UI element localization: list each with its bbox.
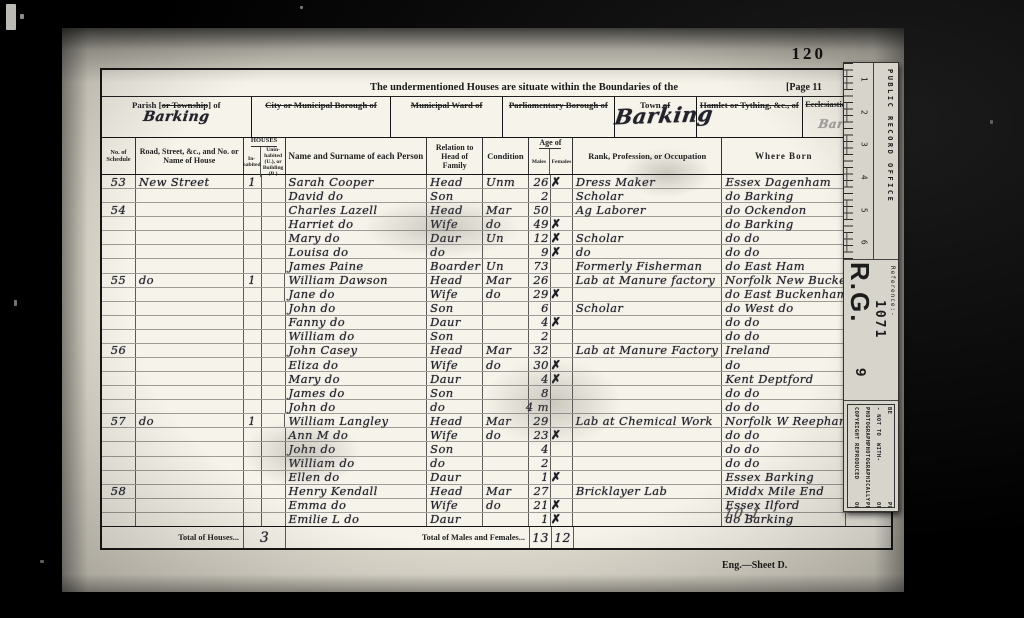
table-row: Eliza doWifedo30✗do (102, 358, 891, 372)
cell-age_f (551, 344, 573, 357)
cell-relation: Son (427, 189, 483, 202)
cell-age_f: ✗ (551, 288, 573, 301)
cell-uninhabited (262, 485, 286, 498)
totals-empty-cell (574, 527, 891, 548)
cell-schedule (102, 372, 136, 385)
ruler-number: 3 (847, 135, 880, 155)
cell-uninhabited (262, 400, 286, 413)
cell-age_m: 2 (529, 457, 551, 470)
ruler-numbers: 123456 (853, 63, 874, 259)
cell-relation: Head (427, 274, 483, 287)
cell-age_f (551, 259, 573, 272)
cell-inhabited (244, 442, 262, 455)
cell-age_f (551, 400, 573, 413)
cell-age_f (551, 274, 573, 287)
cell-born: do (722, 358, 846, 371)
cell-schedule (102, 428, 136, 441)
cell-inhabited (244, 499, 262, 512)
cell-age_m: 30 (529, 358, 551, 371)
cell-inhabited (244, 217, 262, 230)
col-header-houses: HOUSES (251, 136, 277, 147)
cell-inhabited: 1 (244, 175, 262, 188)
col-header-relation: Relation to Head of Family (427, 138, 483, 174)
cell-road (136, 386, 244, 399)
cell-inhabited (244, 400, 262, 413)
total-houses-label: Total of Houses... (102, 527, 244, 548)
table-row: Louisa dodo9✗dodo do (102, 245, 891, 259)
table-row: 57do1William LangleyHeadMar29Lab at Chem… (102, 414, 891, 428)
cell-age_f: ✗ (551, 316, 573, 329)
cell-uninhabited (262, 386, 286, 399)
totals-row: Total of Houses... 3 Total of Males and … (102, 526, 891, 548)
cell-inhabited (244, 245, 262, 258)
cell-name: Mary do (286, 372, 428, 385)
table-row: William doSon2do do (102, 330, 891, 344)
cell-condition: Mar (483, 485, 529, 498)
cell-uninhabited (262, 471, 286, 484)
cell-road (136, 372, 244, 385)
cell-schedule (102, 259, 136, 272)
cell-condition (483, 386, 529, 399)
col-header-schedule: No. of Schedule (102, 138, 136, 174)
cell-name: William Dawson (285, 274, 427, 287)
cell-age_m: 26 (529, 175, 551, 188)
table-row: John doSon4do do (102, 442, 891, 456)
cell-inhabited (244, 485, 262, 498)
cell-road: do (136, 414, 244, 427)
cell-age_f: ✗ (551, 245, 573, 258)
cell-name: James Paine (286, 259, 428, 272)
header-field-label: Municipal Ward of (411, 100, 483, 110)
cell-age_m: 4 (529, 372, 551, 385)
cell-age_f: ✗ (551, 217, 573, 230)
cell-born: do East Ham (722, 259, 846, 272)
cell-relation: Son (427, 442, 483, 455)
col-header-females: Females (550, 149, 572, 174)
cell-born: Essex Barking (722, 471, 846, 484)
cell-occupation: Scholar (573, 302, 723, 315)
cell-uninhabited (262, 231, 286, 244)
cell-schedule (102, 499, 136, 512)
cell-occupation (573, 513, 723, 526)
reference-label: Reference:- (889, 266, 896, 317)
cell-uninhabited (262, 442, 286, 455)
cell-road (136, 400, 244, 413)
table-row: Jane doWifedo29✗do East Buckenham (102, 288, 891, 302)
col-header-occupation: Rank, Profession, or Occupation (573, 138, 723, 174)
cell-occupation: Ag Laborer (573, 203, 723, 216)
cell-uninhabited (262, 217, 286, 230)
col-header-road: Road, Street, &c., and No. or Name of Ho… (136, 138, 244, 174)
cell-condition: Mar (483, 344, 529, 357)
cell-road (136, 217, 244, 230)
table-row: John doSon6Scholardo West do (102, 302, 891, 316)
cell-uninhabited (262, 302, 286, 315)
cell-name: Louisa do (286, 245, 428, 258)
cell-born: Norfolk W Reepham (722, 414, 846, 427)
cell-schedule: 58 (102, 485, 136, 498)
cell-occupation: Formerly Fisherman (573, 259, 723, 272)
table-row: Emilie L doDaur1✗do Barking (102, 513, 891, 526)
cell-name: James do (286, 386, 428, 399)
header-field-value: Barking (613, 102, 698, 130)
cell-age_m: 23 (529, 428, 551, 441)
cell-age_m: 6 (529, 302, 551, 315)
cell-schedule (102, 358, 136, 371)
cell-road (136, 471, 244, 484)
header-field: Municipal Ward of (391, 97, 503, 137)
cell-occupation: Dress Maker (573, 175, 723, 188)
cell-occupation: Lab at Manure Factory (573, 344, 723, 357)
cell-uninhabited (262, 189, 286, 202)
census-page-photo: 120 The undermentioned Houses are situat… (62, 28, 904, 592)
cell-occupation (573, 442, 723, 455)
cell-born: do do (722, 428, 846, 441)
cell-relation: Head (427, 203, 483, 216)
cell-age_m: 73 (529, 259, 551, 272)
cell-name: John do (286, 442, 428, 455)
cell-inhabited (244, 203, 262, 216)
cell-condition: Mar (483, 414, 529, 427)
cell-relation: do (427, 400, 483, 413)
cell-road (136, 316, 244, 329)
cell-uninhabited (262, 288, 286, 301)
cell-schedule (102, 302, 136, 315)
cell-age_m: 50 (529, 203, 551, 216)
cell-uninhabited (262, 457, 286, 470)
cell-occupation: Scholar (573, 189, 723, 202)
cell-road (136, 513, 244, 526)
cell-inhabited (244, 288, 262, 301)
header-fields: Parish [or Township] ofBarkingCity or Mu… (102, 97, 891, 138)
cell-name: John Casey (286, 344, 428, 357)
table-row: 53New Street1Sarah CooperHeadUnm26✗Dress… (102, 175, 891, 189)
table-row: Harriet doWifedo49✗do Barking (102, 217, 891, 231)
cell-age_m: 29 (529, 414, 551, 427)
pro-reference-area: Reference:- R.G. 9 1071 (844, 260, 898, 401)
cell-born: Kent Deptford (722, 372, 846, 385)
col-header-born: Where Born (722, 138, 846, 174)
film-speck (20, 14, 24, 19)
cell-relation: Boarder (427, 259, 483, 272)
cell-schedule (102, 513, 136, 526)
cell-occupation (573, 386, 723, 399)
cell-relation: Head (427, 414, 483, 427)
cell-condition: Mar (483, 274, 529, 287)
cell-name: William Langley (285, 414, 427, 427)
cell-relation: Head (427, 175, 483, 188)
cell-age_f: ✗ (551, 372, 573, 385)
col-header-age-group: Age of Males Females (529, 138, 573, 174)
cell-age_m: 27 (529, 485, 551, 498)
cell-condition (483, 513, 529, 526)
cell-road (136, 288, 244, 301)
cell-schedule (102, 316, 136, 329)
film-background: 120 The undermentioned Houses are situat… (0, 0, 1024, 618)
table-row: Ann M doWifedo23✗do do (102, 428, 891, 442)
cell-age_m: 49 (529, 217, 551, 230)
cell-road (136, 485, 244, 498)
cell-occupation (573, 358, 723, 371)
cell-schedule: 54 (102, 203, 136, 216)
header-field-label: City or Municipal Borough of (265, 100, 377, 110)
cell-age_f: ✗ (551, 471, 573, 484)
col-header-inhabited: In-habited (243, 147, 261, 177)
table-row: William dodo2do do (102, 457, 891, 471)
cell-age_f: ✗ (551, 175, 573, 188)
folio-number-stamp: 120 (792, 44, 827, 64)
cell-relation: Head (427, 344, 483, 357)
cell-road (136, 428, 244, 441)
cell-age_f (551, 442, 573, 455)
cell-occupation (573, 330, 723, 343)
cell-age_m: 4 m (529, 400, 551, 413)
cell-name: John do (286, 302, 428, 315)
cell-age_f: ✗ (551, 499, 573, 512)
cell-infirm (846, 513, 891, 526)
cell-schedule (102, 288, 136, 301)
cell-age_f (551, 485, 573, 498)
ruler-ticks (844, 63, 853, 259)
cell-born: do do (722, 245, 846, 258)
cell-born: Norfolk New Buckenham (722, 274, 846, 287)
cell-age_m: 32 (529, 344, 551, 357)
cell-condition: Un (483, 259, 529, 272)
cell-schedule: 56 (102, 344, 136, 357)
cell-relation: Wife (427, 428, 483, 441)
cell-schedule: 55 (102, 274, 136, 287)
cell-schedule (102, 442, 136, 455)
cell-relation: do (427, 245, 483, 258)
copyright-line: OUT PERMISSION OF THE PUBLIC (850, 502, 892, 508)
total-males-value: 13 (530, 527, 552, 548)
cell-schedule (102, 245, 136, 258)
cell-occupation (573, 288, 723, 301)
cell-inhabited: 1 (244, 414, 262, 427)
cell-condition: Un (483, 231, 529, 244)
col-header-males: Males (528, 149, 550, 174)
cell-schedule (102, 471, 136, 484)
cell-inhabited (244, 513, 262, 526)
header-field: Town ofBarking (615, 97, 697, 137)
cell-uninhabited (262, 372, 286, 385)
cell-schedule (102, 217, 136, 230)
piece-number: 1071 (872, 300, 887, 339)
cell-name: Harriet do (286, 217, 428, 230)
cell-inhabited (244, 386, 262, 399)
cell-inhabited (244, 457, 262, 470)
ruler-number: 6 (847, 233, 880, 253)
table-row: Mary doDaur4✗Kent Deptford (102, 372, 891, 386)
cell-road (136, 358, 244, 371)
cell-age_m: 2 (529, 189, 551, 202)
cell-name: Emilie L do (286, 513, 428, 526)
cell-name: Mary do (286, 231, 428, 244)
cell-name: David do (286, 189, 428, 202)
table-row: James doSon8do do (102, 386, 891, 400)
cell-relation: Head (427, 485, 483, 498)
cell-age_m: 29 (529, 288, 551, 301)
cell-occupation (573, 400, 723, 413)
cell-age_m: 8 (529, 386, 551, 399)
film-speck (40, 560, 44, 563)
cell-inhabited (244, 428, 262, 441)
cell-relation: Daur (427, 372, 483, 385)
cell-age_f (551, 203, 573, 216)
cell-name: Emma do (286, 499, 428, 512)
header-field-value: Barking (101, 109, 252, 125)
cell-uninhabited (262, 428, 286, 441)
cell-relation: Son (427, 302, 483, 315)
cell-name: Eliza do (286, 358, 428, 371)
cell-road (136, 259, 244, 272)
cell-schedule (102, 400, 136, 413)
cell-uninhabited (262, 358, 286, 371)
cell-born: do do (722, 316, 846, 329)
cell-relation: Son (427, 386, 483, 399)
cell-name: William do (286, 457, 428, 470)
cell-occupation (573, 316, 723, 329)
cell-age_f (551, 457, 573, 470)
table-row: 54Charles LazellHeadMar50Ag Laborerdo Oc… (102, 203, 891, 217)
cell-condition: Unm (483, 175, 529, 188)
cell-age_f (551, 330, 573, 343)
cell-age_m: 9 (529, 245, 551, 258)
cell-road: do (136, 274, 244, 287)
cell-name: Ellen do (286, 471, 428, 484)
cell-name: Jane do (285, 288, 427, 301)
cell-road (136, 189, 244, 202)
cell-condition: do (483, 217, 529, 230)
cell-born: do do (722, 231, 846, 244)
cell-born: do East Buckenham (722, 288, 846, 301)
copyright-notice: COPYRIGHT PHOTOGRAPH - NOT TO BEREPRODUC… (847, 404, 895, 508)
cell-inhabited (244, 259, 262, 272)
cell-born: do Barking (722, 189, 846, 202)
cell-road (136, 245, 244, 258)
series-code: R.G. (844, 262, 875, 323)
total-males-females-label: Total of Males and Females... (286, 527, 530, 548)
cell-condition (483, 302, 529, 315)
census-form: The undermentioned Houses are situate wi… (100, 68, 893, 550)
col-header-age: Age of (539, 138, 561, 149)
ruler-number: 5 (847, 200, 880, 220)
cell-born: do do (722, 442, 846, 455)
cell-age_m: 21 (529, 499, 551, 512)
cell-condition (483, 442, 529, 455)
cell-condition: do (483, 499, 529, 512)
cell-occupation (573, 471, 723, 484)
series-number: 9 (852, 368, 869, 376)
cell-road (136, 203, 244, 216)
cell-age_m: 1 (529, 471, 551, 484)
cell-condition (483, 316, 529, 329)
cell-born: Ireland (722, 344, 846, 357)
cell-age_f (551, 189, 573, 202)
cell-age_f (551, 386, 573, 399)
cell-occupation (573, 372, 723, 385)
total-houses-value: 3 (244, 527, 286, 548)
cell-relation: Wife (427, 499, 483, 512)
cell-condition (483, 372, 529, 385)
cell-schedule: 57 (102, 414, 136, 427)
cell-uninhabited (262, 175, 286, 188)
col-header-condition: Condition (483, 138, 529, 174)
film-speck (6, 4, 16, 30)
table-row: 56John CaseyHeadMar32Lab at Manure Facto… (102, 344, 891, 358)
cell-occupation: do (573, 245, 723, 258)
cell-condition (483, 330, 529, 343)
cell-uninhabited (262, 330, 286, 343)
header-field-label: Parliamentary Borough of (509, 100, 608, 110)
cell-road (136, 302, 244, 315)
cell-road (136, 457, 244, 470)
header-field: Parish [or Township] ofBarking (102, 97, 252, 137)
table-row: Emma doWifedo21✗Essex Ilford (102, 499, 891, 513)
cell-inhabited (244, 302, 262, 315)
copyright-line: REPRODUCED PHOTOGRAPHICALLY WITH- (850, 443, 892, 501)
cell-relation: do (427, 457, 483, 470)
sheet-label: Eng.—Sheet D. (722, 560, 787, 571)
total-females-value: 12 (552, 527, 574, 548)
cell-schedule (102, 231, 136, 244)
ruler-number: 4 (847, 167, 880, 187)
cell-occupation (573, 428, 723, 441)
cell-inhabited (244, 189, 262, 202)
cell-occupation: Lab at Manure factory (573, 274, 723, 287)
cell-age_m: 12 (529, 231, 551, 244)
cell-relation: Wife (427, 358, 483, 371)
cell-age_m: 26 (529, 274, 551, 287)
cell-road (136, 442, 244, 455)
cell-uninhabited (262, 245, 286, 258)
cell-name: John do (286, 400, 428, 413)
cell-schedule (102, 386, 136, 399)
cell-name: Fanny do (286, 316, 428, 329)
cell-condition (483, 400, 529, 413)
table-rows: 53New Street1Sarah CooperHeadUnm26✗Dress… (102, 175, 891, 526)
table-row: Fanny doDaur4✗do do (102, 316, 891, 330)
cell-condition (483, 189, 529, 202)
col-header-houses-group: HOUSES In-habited Unin-habited (U.), or … (244, 138, 286, 174)
cell-occupation (573, 457, 723, 470)
copyright-line: COPYRIGHT PHOTOGRAPH - NOT TO BE (850, 407, 892, 443)
cell-condition (483, 457, 529, 470)
pro-ruler: 123456 PUBLIC RECORD OFFICE (844, 63, 898, 260)
cell-occupation: Scholar (573, 231, 723, 244)
cell-name: William do (286, 330, 428, 343)
table-row: David doSon2Scholardo Barking (102, 189, 891, 203)
cell-name: Henry Kendall (286, 485, 428, 498)
cell-road (136, 344, 244, 357)
cell-road: New Street (136, 175, 244, 188)
film-speck (14, 300, 17, 306)
cell-inhabited (244, 316, 262, 329)
cell-age_m: 4 (529, 442, 551, 455)
cell-relation: Wife (427, 217, 483, 230)
cell-condition: Mar (483, 203, 529, 216)
cell-born: do Ockendon (722, 203, 846, 216)
table-row: Mary doDaurUn12✗Scholardo do (102, 231, 891, 245)
cell-age_f: ✗ (551, 231, 573, 244)
ruler-number: 1 (847, 69, 880, 89)
cell-uninhabited (262, 274, 286, 287)
cell-condition (483, 245, 529, 258)
cell-relation: Daur (427, 316, 483, 329)
cell-occupation (573, 217, 723, 230)
cell-schedule (102, 330, 136, 343)
cell-age_f (551, 414, 573, 427)
